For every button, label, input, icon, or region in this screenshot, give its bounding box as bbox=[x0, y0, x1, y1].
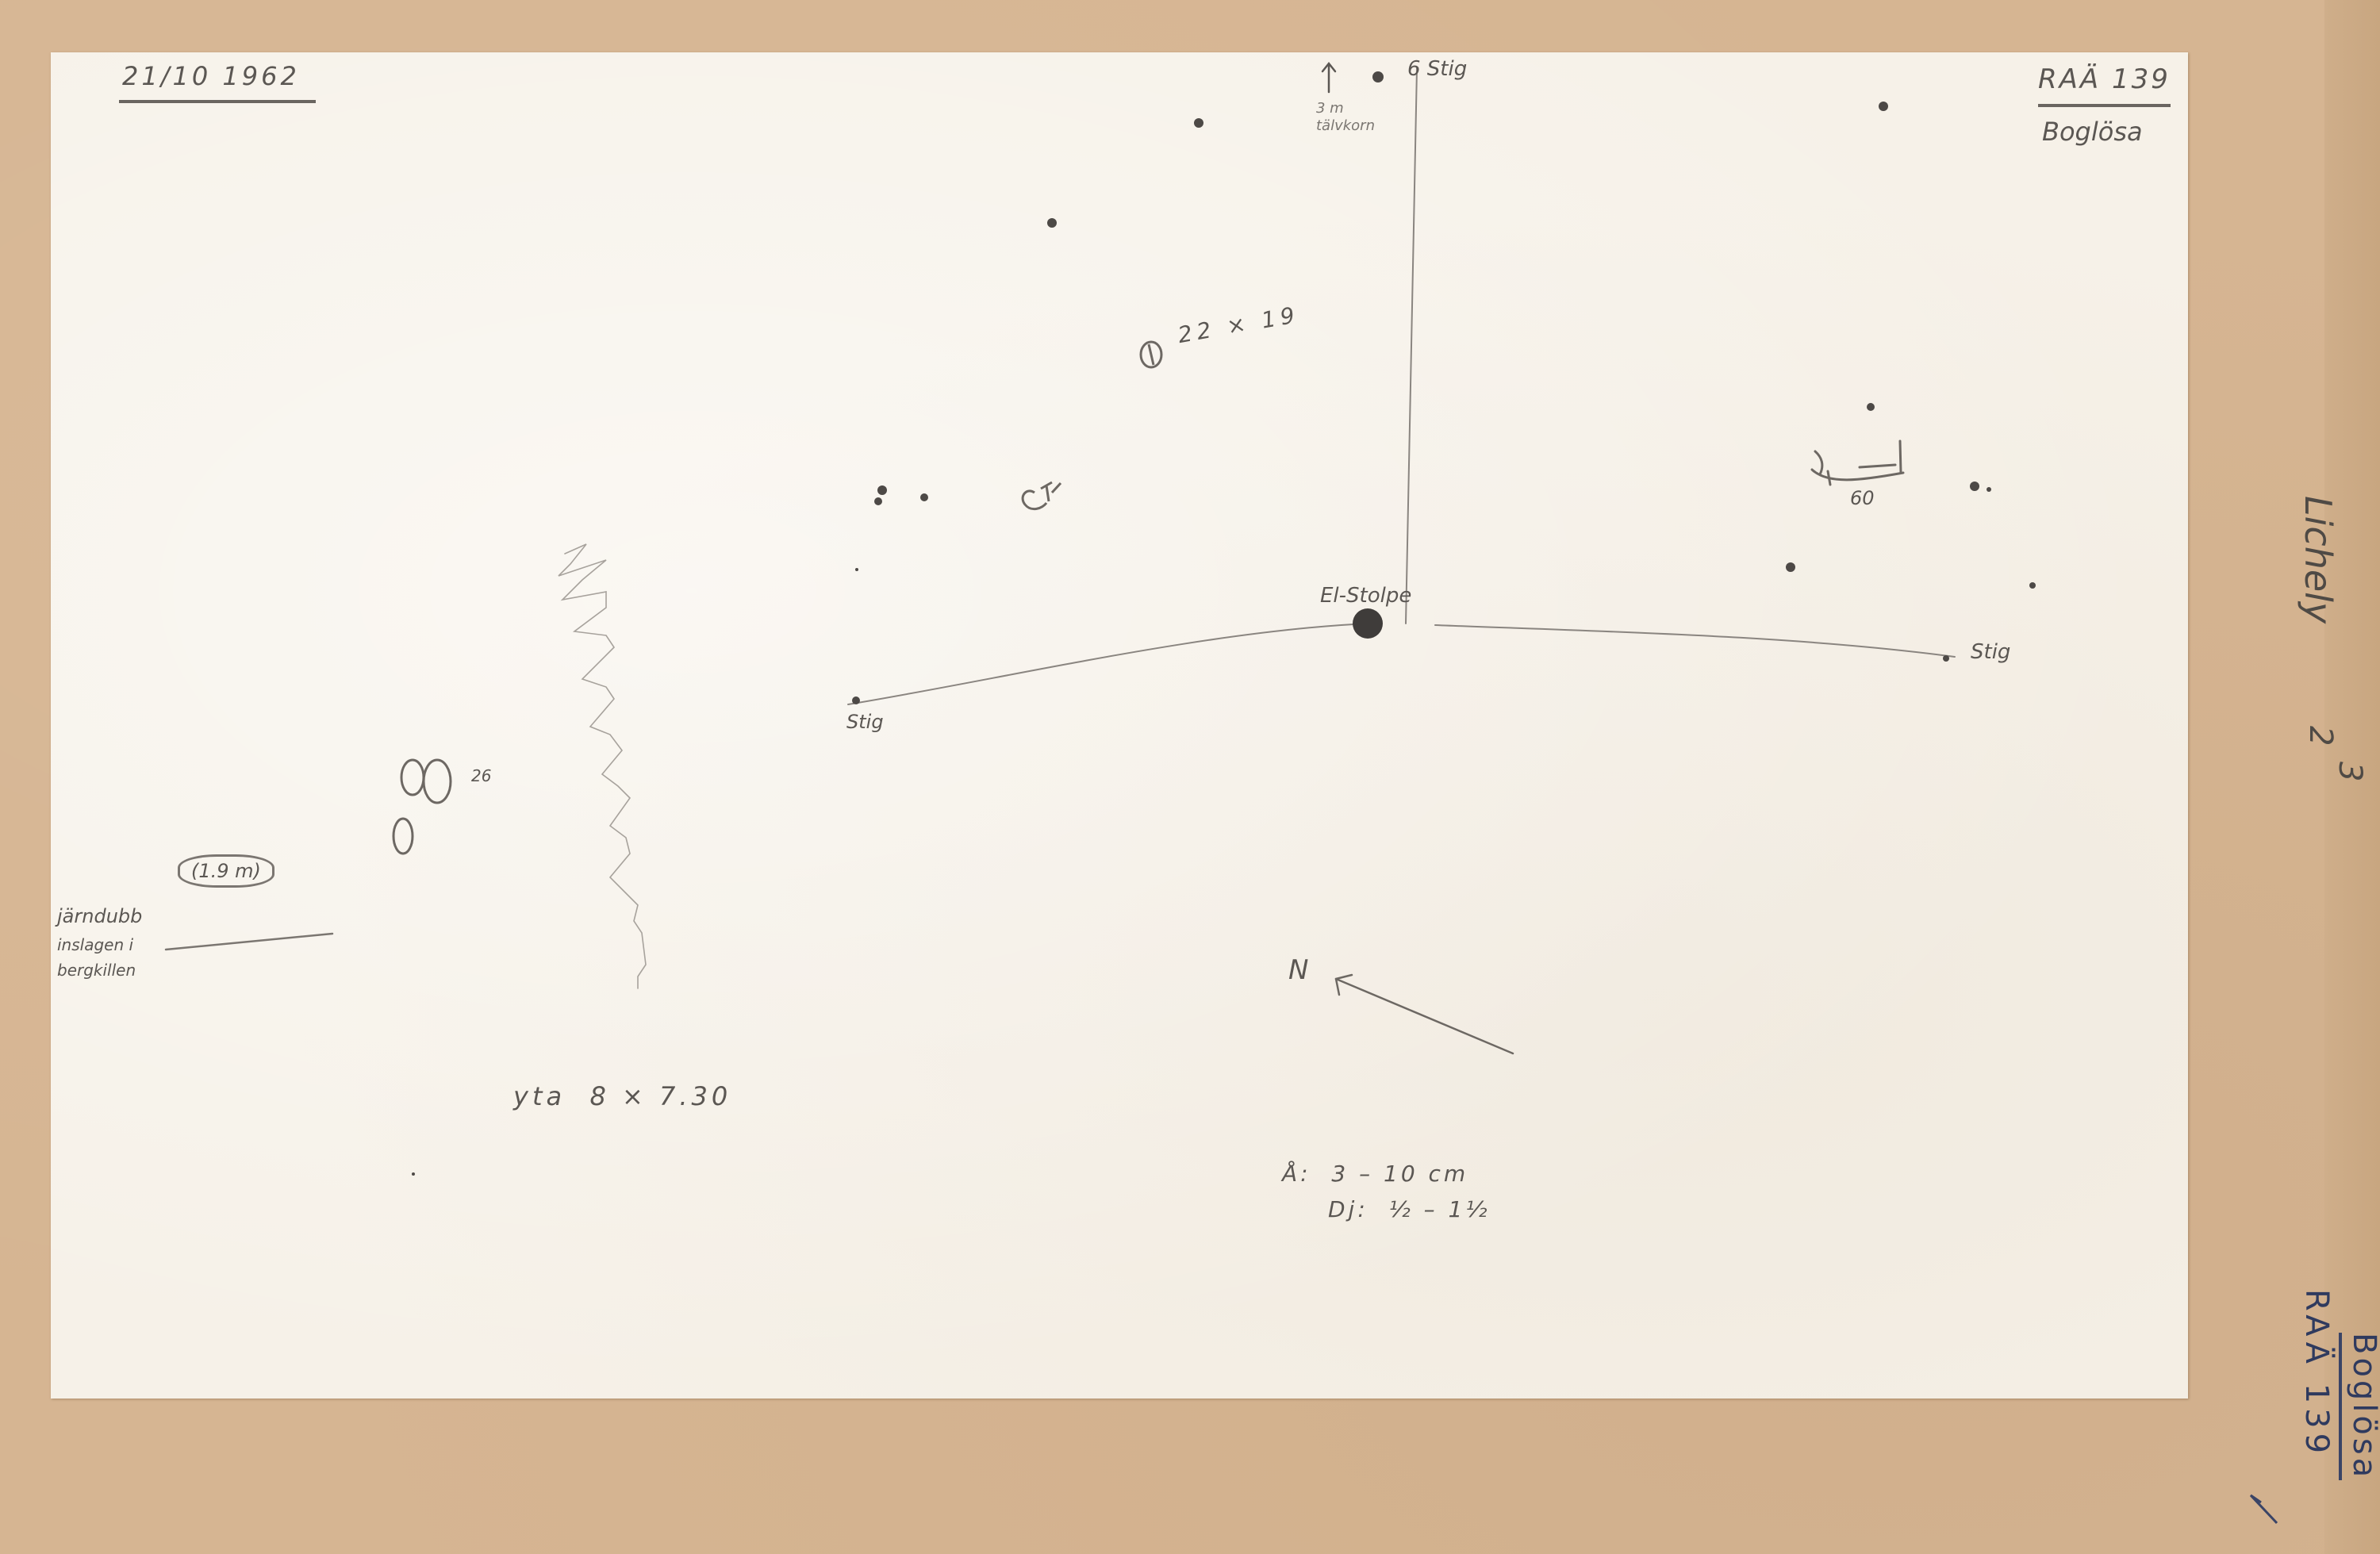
checkmark-icon bbox=[0, 0, 2380, 1554]
